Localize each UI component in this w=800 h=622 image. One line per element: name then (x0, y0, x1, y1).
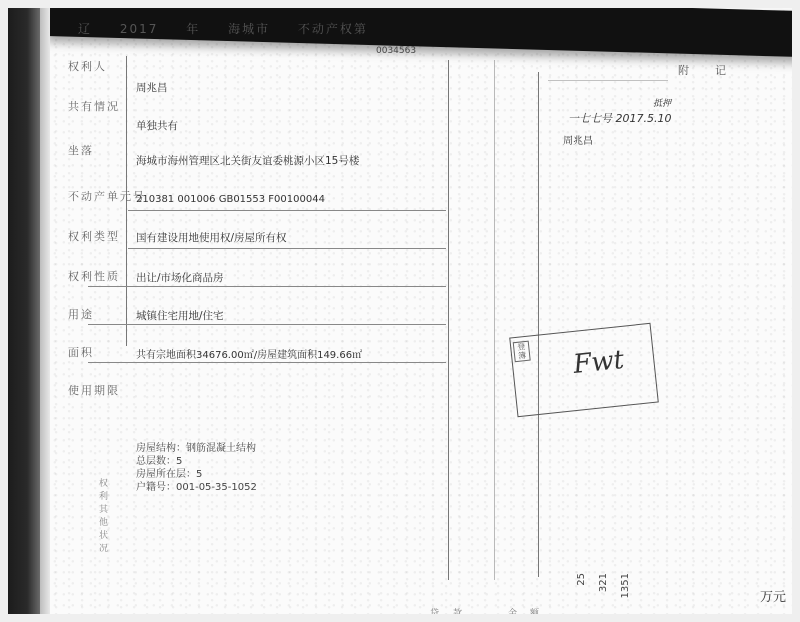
bottom-char: 额 (530, 606, 539, 614)
header-year: 2017 (120, 22, 159, 36)
detail-structure: 房屋结构：钢筋混凝土结构 (136, 442, 257, 455)
annotation-title: 附记 (678, 62, 752, 78)
value-area: 共有宗地面积34676.00㎡/房屋建筑面积149.66㎡ (136, 346, 362, 361)
certificate-header: 辽 2017 年 海城市 不动产权第 (78, 20, 390, 37)
row-divider (88, 362, 446, 363)
header-year-suffix: 年 (186, 22, 200, 36)
label-unit-number: 不动产单元号 (68, 188, 138, 204)
header-title: 不动产权第 (298, 22, 368, 36)
bottom-number: 25 (576, 573, 587, 586)
value-unit-number: 210381 001006 GB01553 F00100044 (136, 194, 325, 205)
value-co-ownership: 单独共有 (136, 118, 178, 133)
scan-left-border (8, 8, 40, 614)
detail-floor: 房屋所在层：5 (136, 468, 257, 481)
registration-stamp: 登簿 Fwt (509, 323, 659, 417)
scan-binding-edge (40, 8, 50, 614)
annotation-border (538, 72, 539, 577)
bottom-number: 321 (598, 573, 609, 592)
value-right-nature: 出让/市场化商品房 (136, 270, 224, 285)
bottom-char: 款 (453, 606, 462, 614)
annotation-owner: 周兆昌 (563, 132, 593, 147)
label-co-ownership: 共有情况 (68, 98, 138, 114)
header-city: 海城市 (228, 22, 270, 36)
amount-unit: 万元 (760, 586, 786, 605)
label-term: 使用期限 (68, 382, 138, 398)
stamp-label: 登簿 (513, 341, 531, 363)
label-owner: 权利人 (68, 58, 138, 74)
handwritten-signature: Fwt (572, 345, 626, 380)
value-usage: 城镇住宅用地/住宅 (136, 308, 224, 323)
value-location: 海城市海州管理区北关街友谊委桃源小区15号楼 (136, 153, 359, 168)
label-right-nature: 权利性质 (68, 268, 138, 284)
label-right-type: 权利类型 (68, 228, 138, 244)
label-area: 面积 (68, 344, 138, 360)
label-usage: 用途 (68, 306, 138, 322)
row-divider (88, 286, 446, 287)
handwritten-note: 一七七号 2017.5.10 (568, 110, 671, 126)
detail-household-number: 户籍号：001-05-35-1052 (136, 481, 257, 494)
annotation-rule (548, 80, 668, 81)
header-province: 辽 (78, 22, 92, 36)
label-other-info: 权利其他状况 (96, 478, 109, 556)
page-fold-line (494, 60, 495, 580)
row-divider (128, 210, 446, 211)
value-right-type: 国有建设用地使用权/房屋所有权 (136, 230, 287, 245)
row-divider (128, 248, 446, 249)
property-details: 房屋结构：钢筋混凝土结构 总层数：5 房屋所在层：5 户籍号：001-05-35… (136, 442, 257, 494)
bottom-char: 贷 (430, 606, 439, 614)
label-location: 坐落 (68, 142, 138, 158)
handwritten-mortgage: 抵押 (653, 96, 671, 109)
certificate-number: 0034563 (376, 46, 416, 56)
row-divider (88, 324, 446, 325)
table-right-border (448, 60, 449, 580)
scanned-certificate: 辽 2017 年 海城市 不动产权第 0034563 权利人 周兆昌 共有情况 … (8, 8, 792, 614)
bottom-char: 金 (508, 606, 517, 614)
bottom-number: 1351 (620, 573, 631, 598)
value-owner: 周兆昌 (136, 80, 168, 95)
detail-total-floors: 总层数：5 (136, 455, 257, 468)
